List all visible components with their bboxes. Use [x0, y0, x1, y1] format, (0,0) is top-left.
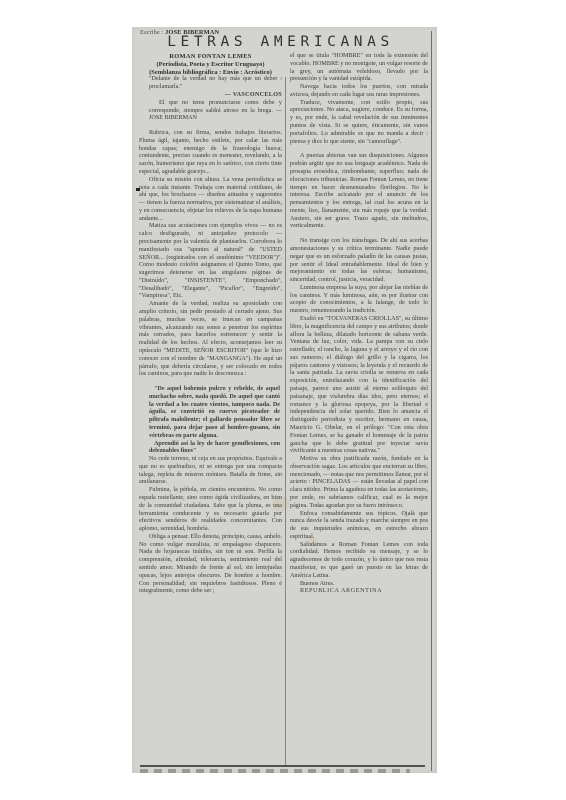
epigraph-quote: "Delante de la verdad no hay más que un …	[149, 76, 282, 92]
quote-paragraph: Aprendió así la ley de hacer genuflexion…	[149, 441, 280, 457]
paragraph: Navega hacia todos los puertos, con mira…	[290, 84, 428, 100]
paragraph: Traduce, vivamente, con estilo propio, s…	[290, 100, 428, 147]
bottom-rule	[140, 765, 425, 767]
paragraph: No cede terreno, ni ceja en sus propósit…	[139, 456, 282, 487]
left-column: ROMAN FONTAN LEMES (Periodista, Poeta y …	[139, 53, 282, 596]
paragraph: Motiva su obra justificada razón, fundad…	[290, 456, 428, 510]
dedication: El que no teme pronunciarse como debe y …	[149, 100, 282, 123]
paragraph: A puertas abiertas van sus disquisicione…	[290, 153, 428, 231]
right-column: el que se titula "HOMBRE" en toda la ext…	[290, 53, 428, 596]
paragraph: Enfoca consabidamente sus tópicos. Ojalá…	[290, 511, 428, 542]
paragraph: Fulmina, la péñola, en cientos encuentro…	[139, 487, 282, 534]
paragraph: el que se titula "HOMBRE" en toda la ext…	[290, 53, 428, 84]
paragraph: Obliga a pensar. Ello denota, principio,…	[139, 534, 282, 596]
scan-mark	[136, 188, 140, 191]
section-title: LETRAS AMERICANAS	[132, 34, 429, 50]
article-genre: (Semblanza bibliográfica : Envío : Acrós…	[139, 69, 282, 77]
paragraph: No transige con los tránsfugas. De ahí s…	[290, 238, 428, 285]
paragraph: Exaltó en "TOLVANERAS CRIOLLAS", su últi…	[290, 316, 428, 456]
newspaper-clipping: Escribe : JOSE BIBERMAN LETRAS AMERICANA…	[132, 27, 437, 773]
quote-paragraph: "De aquel bohemio pulcro y rebelde, de a…	[149, 386, 280, 440]
signoff-country: REPUBLICA ARGENTINA	[290, 588, 428, 596]
epigraph-source: — VASCONCELOS	[149, 92, 282, 100]
subject-description: (Periodista, Poeta y Escritor Uruguayo)	[139, 61, 282, 69]
paragraph: Luminosa empresa la suya, por alejar las…	[290, 285, 428, 316]
cut-off-next-headline	[140, 769, 410, 773]
block-quote: "De aquel bohemio pulcro y rebelde, de a…	[149, 386, 280, 456]
paragraph: Oficia su misión con altura. La vena per…	[139, 177, 282, 224]
subject-name: ROMAN FONTAN LEMES	[139, 53, 282, 61]
paragraph: Rubrica, con su firma, sendos trabajos l…	[139, 130, 282, 177]
column-border	[431, 31, 432, 771]
paragraph: Matiza sus acotaciones con ejemplos vivo…	[139, 223, 282, 301]
epigraph: "Delante de la verdad no hay más que un …	[149, 76, 282, 123]
column-gutter-rule	[285, 77, 286, 767]
paragraph: Amante de la verdad, realiza su apostola…	[139, 301, 282, 379]
signoff-city: Buenos Aires.	[290, 581, 428, 589]
paragraph: Saludamos a Roman Fontan Lemes con toda …	[290, 542, 428, 581]
